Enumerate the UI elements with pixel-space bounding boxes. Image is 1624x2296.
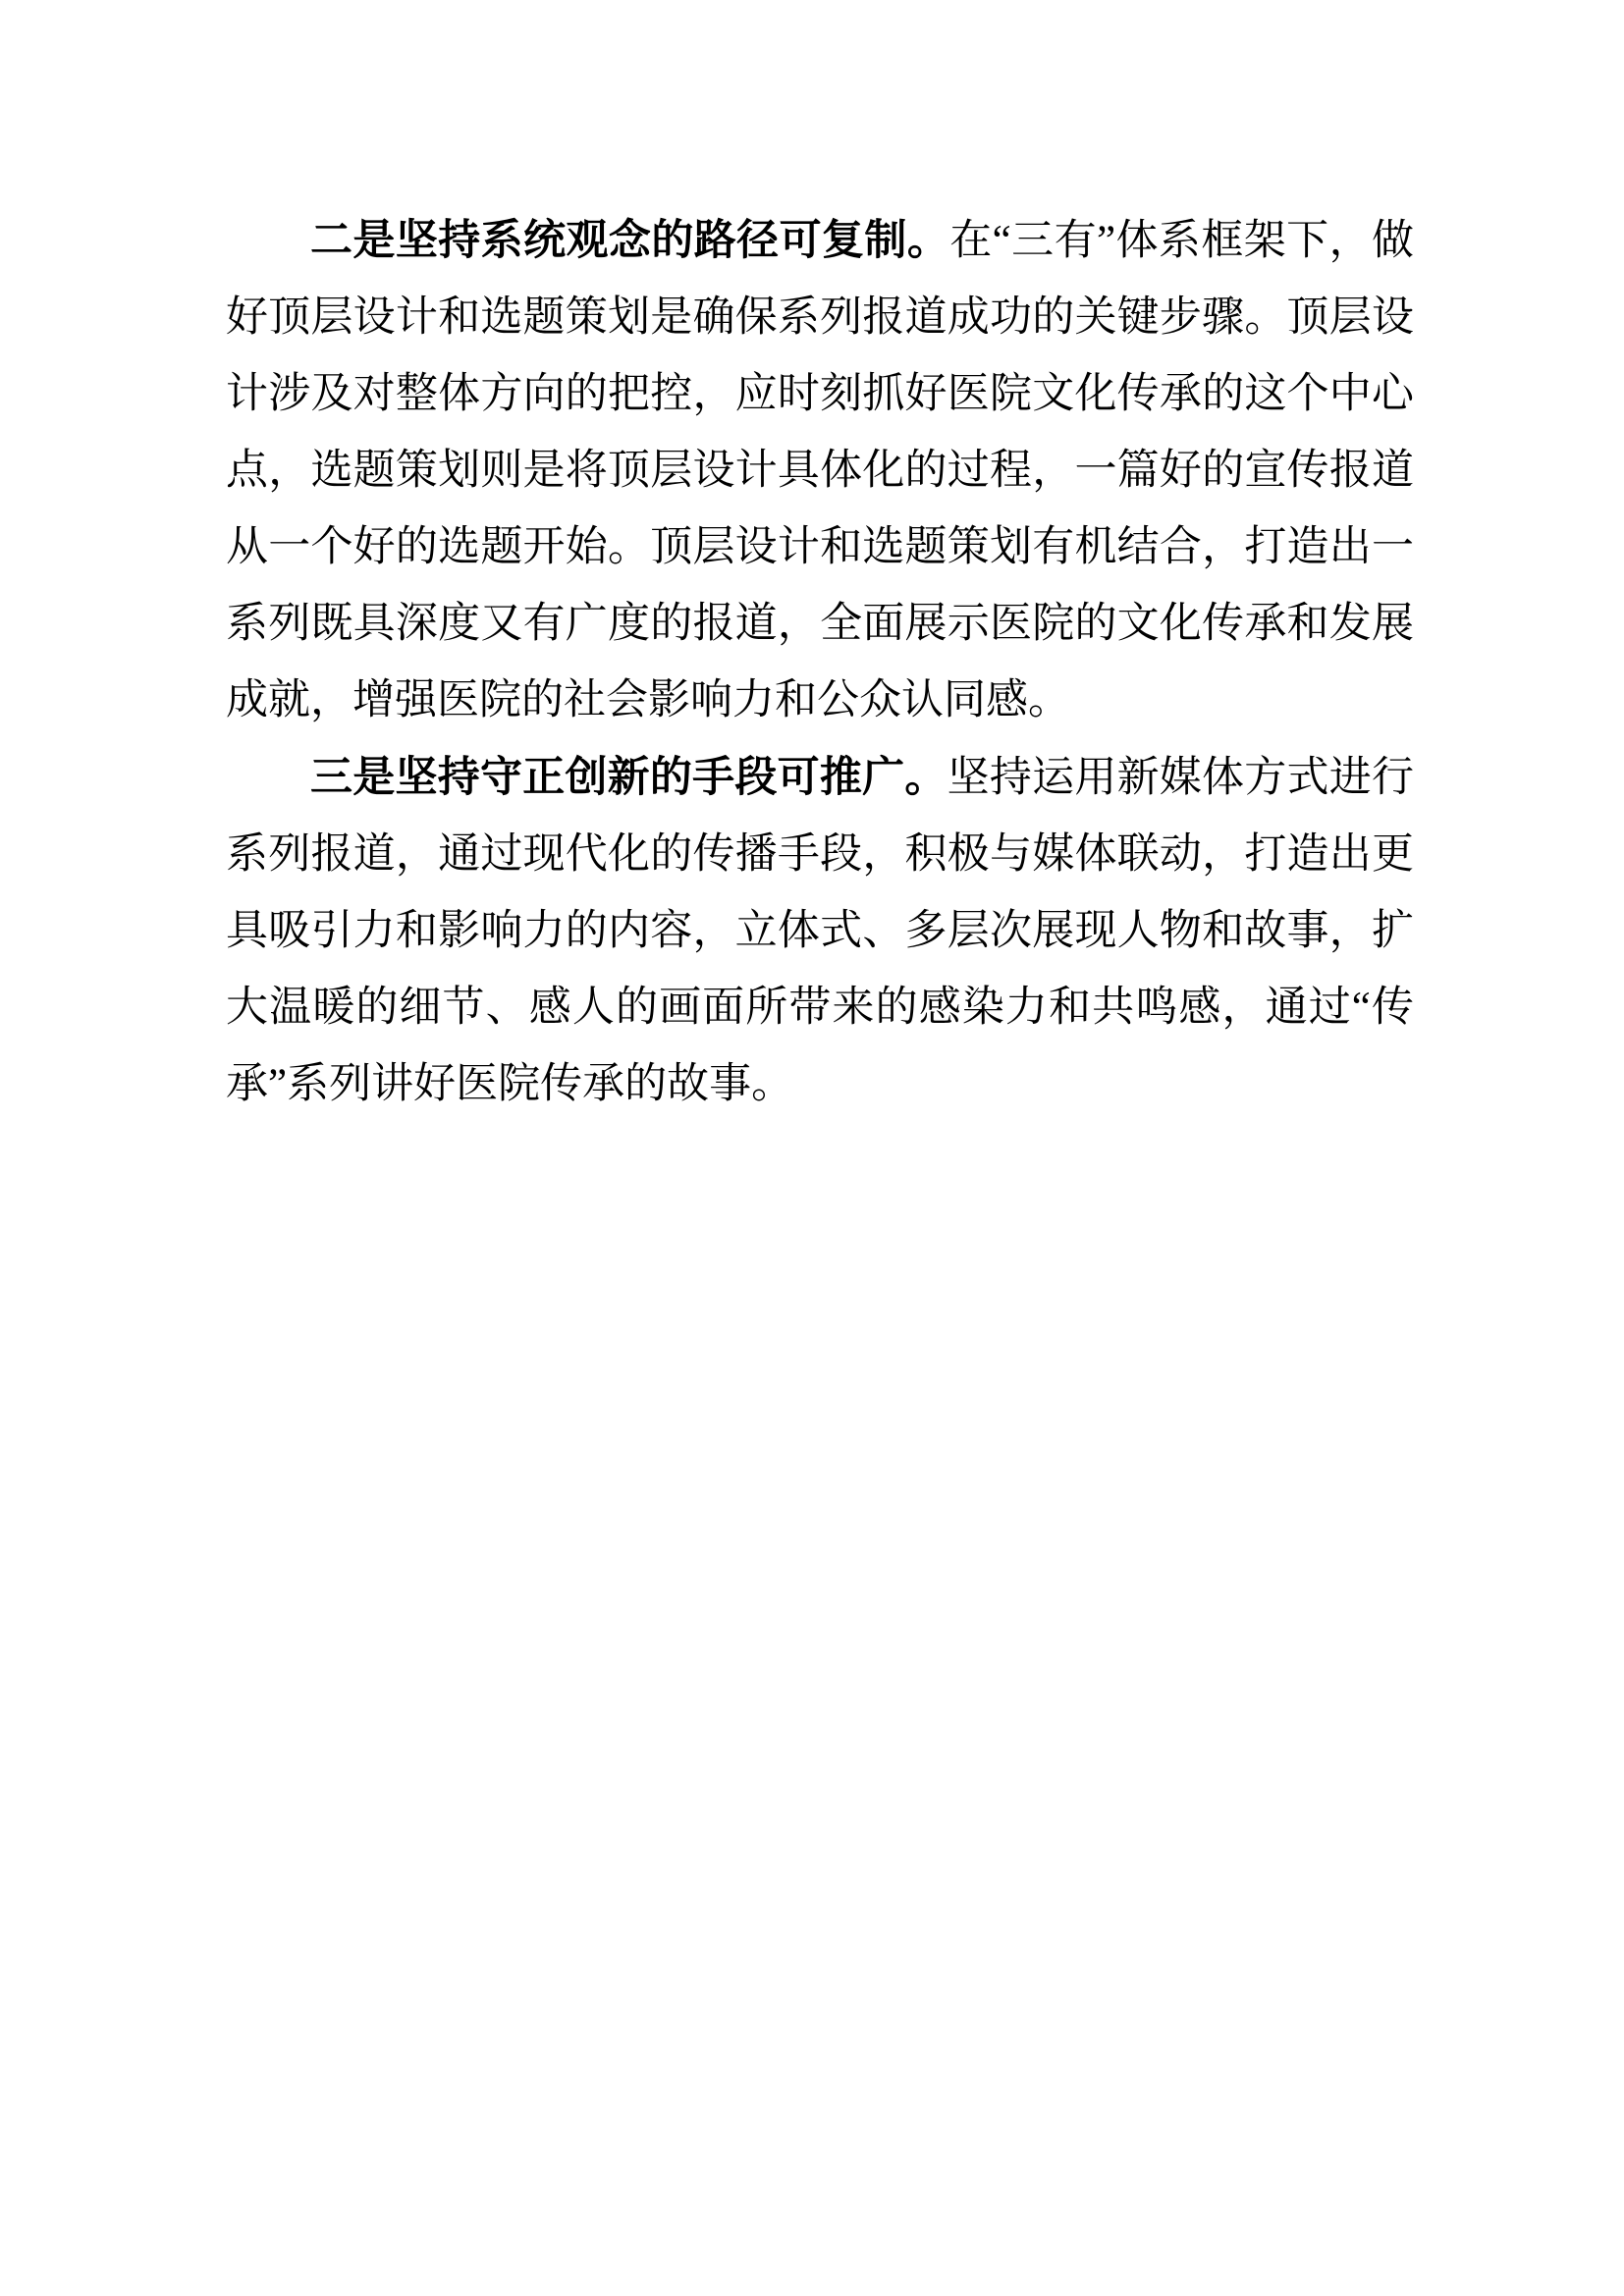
paragraph-3: 三是坚持守正创新的手段可推广。坚持运用新媒体方式进行系列报道，通过现代化的传播手… bbox=[226, 739, 1414, 1123]
document-page: 二是坚持系统观念的路径可复制。在“三有”体系框架下，做好顶层设计和选题策划是确保… bbox=[0, 0, 1624, 2296]
document-body: 二是坚持系统观念的路径可复制。在“三有”体系框架下，做好顶层设计和选题策划是确保… bbox=[226, 202, 1414, 1123]
paragraph-3-bold-lead: 三是坚持守正创新的手段可推广。 bbox=[310, 754, 947, 801]
paragraph-2: 二是坚持系统观念的路径可复制。在“三有”体系框架下，做好顶层设计和选题策划是确保… bbox=[226, 202, 1414, 739]
paragraph-3-text: 坚持运用新媒体方式进行系列报道，通过现代化的传播手段，积极与媒体联动，打造出更具… bbox=[226, 755, 1414, 1107]
paragraph-2-bold-lead: 二是坚持系统观念的路径可复制。 bbox=[310, 217, 949, 264]
paragraph-2-text: 在“三有”体系框架下，做好顶层设计和选题策划是确保系列报道成功的关键步骤。顶层设… bbox=[226, 218, 1414, 723]
